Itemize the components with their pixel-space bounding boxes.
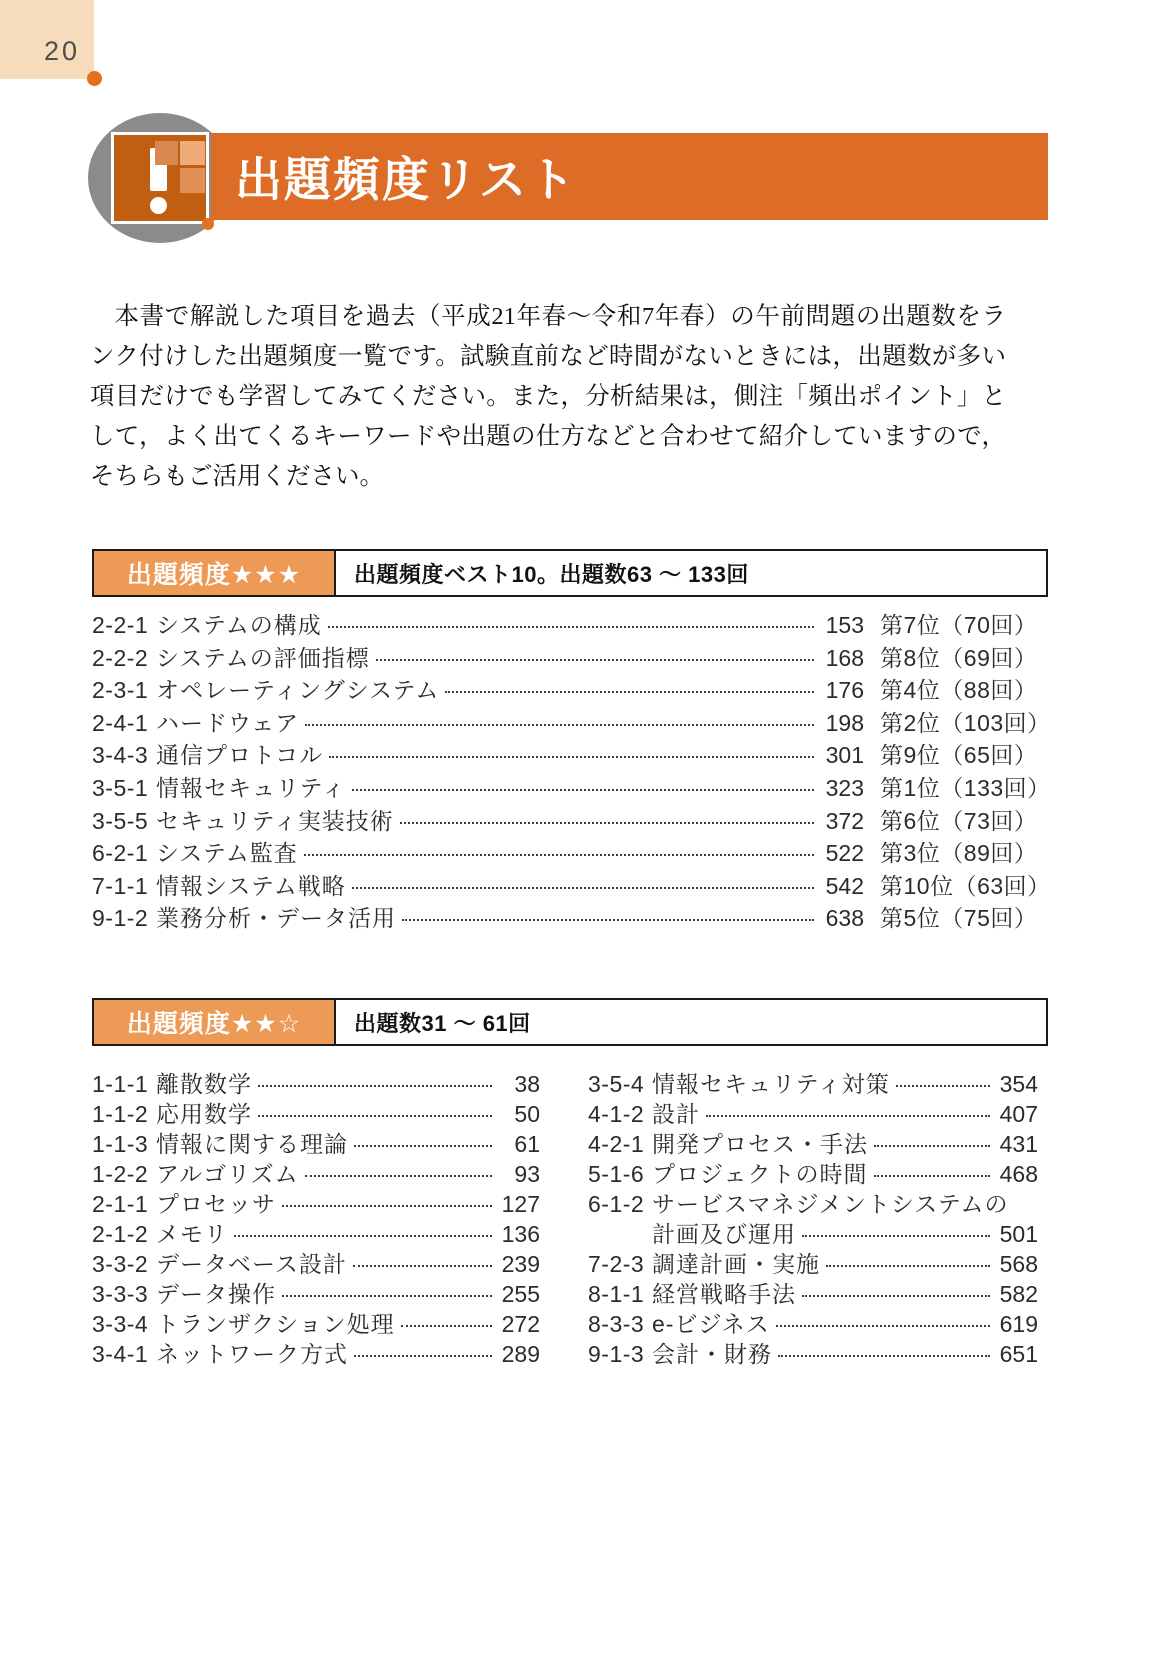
table-row: 計画及び運用501 <box>588 1216 1038 1246</box>
dot-leader <box>826 1265 990 1267</box>
row-id: 3-5-4 <box>588 1071 652 1098</box>
row-title: ネットワーク方式 <box>156 1336 348 1369</box>
dot-leader <box>778 1355 990 1357</box>
row-id: 5-1-6 <box>588 1161 652 1188</box>
dot-leader <box>874 1175 990 1177</box>
row-page: 127 <box>496 1191 540 1218</box>
icon-deco-square <box>155 141 178 165</box>
dot-leader <box>329 756 814 758</box>
row-id: 2-2-2 <box>92 645 156 672</box>
table-row: 2-1-1プロセッサ127 <box>92 1186 540 1216</box>
row-page: 638 <box>818 905 864 932</box>
table-row: 7-1-1情報システム戦略542第10位（63回） <box>92 868 1040 901</box>
dot-leader <box>354 1145 492 1147</box>
row-page: 168 <box>818 645 864 672</box>
row-title: セキュリティ実装技術 <box>156 803 394 836</box>
row-title: 情報セキュリティ対策 <box>652 1066 890 1099</box>
dot-leader <box>234 1235 492 1237</box>
dot-leader <box>354 1355 492 1357</box>
row-rank: 第2位（103回） <box>880 705 1040 738</box>
table-row: 3-3-3データ操作255 <box>92 1276 540 1306</box>
row-title: 業務分析・データ活用 <box>156 900 396 933</box>
table-row: 5-1-6プロジェクトの時間468 <box>588 1156 1038 1186</box>
header-banner: 出題頻度リスト <box>211 133 1048 220</box>
dot-leader <box>258 1085 492 1087</box>
table-row: 7-2-3調達計画・実施568 <box>588 1246 1038 1276</box>
row-title: トランザクション処理 <box>156 1306 395 1339</box>
dot-leader <box>352 887 814 889</box>
table-row: 1-2-2アルゴリズム93 <box>92 1156 540 1186</box>
row-title: メモリ <box>156 1216 228 1249</box>
row-id: 4-2-1 <box>588 1131 652 1158</box>
row-id: 6-2-1 <box>92 840 156 867</box>
page-number: 20 <box>44 36 80 67</box>
dot-leader <box>352 789 814 791</box>
row-page: 651 <box>994 1341 1038 1368</box>
row-page: 468 <box>994 1161 1038 1188</box>
table-row: 8-3-3e-ビジネス619 <box>588 1306 1038 1336</box>
row-page: 61 <box>496 1131 540 1158</box>
row-page: 431 <box>994 1131 1038 1158</box>
row-page: 582 <box>994 1281 1038 1308</box>
page-title: 出題頻度リスト <box>235 143 577 210</box>
row-id: 3-4-3 <box>92 742 156 769</box>
row-rank: 第4位（88回） <box>880 672 1040 705</box>
table-row: 9-1-3会計・財務651 <box>588 1336 1038 1366</box>
dot-leader <box>376 659 814 661</box>
dot-leader <box>776 1325 990 1327</box>
frequency-badge: 出題頻度★★★ <box>94 551 336 595</box>
row-id: 6-1-2 <box>588 1191 652 1218</box>
corner-dot <box>87 71 102 86</box>
row-title: ハードウェア <box>156 705 299 738</box>
table-row: 3-3-2データベース設計239 <box>92 1246 540 1276</box>
dot-leader <box>282 1295 492 1297</box>
table-row: 3-3-4トランザクション処理272 <box>92 1306 540 1336</box>
row-page: 50 <box>496 1101 540 1128</box>
row-page: 372 <box>818 808 864 835</box>
row-page: 522 <box>818 840 864 867</box>
table-row: 9-1-2業務分析・データ活用638第5位（75回） <box>92 900 1040 933</box>
dot-leader <box>258 1115 492 1117</box>
row-rank: 第8位（69回） <box>880 640 1040 673</box>
row-page: 542 <box>818 873 864 900</box>
dot-leader <box>328 626 814 628</box>
table-row: 2-1-2メモリ136 <box>92 1216 540 1246</box>
dot-leader <box>400 822 814 824</box>
section-header-3stars: 出題頻度★★★ 出題頻度ベスト10。出題数63 ～ 133回 <box>92 549 1048 597</box>
row-page: 153 <box>818 612 864 639</box>
row-id: 3-3-2 <box>92 1251 156 1278</box>
row-page: 354 <box>994 1071 1038 1098</box>
frequency-list-2stars-right: 3-5-4情報セキュリティ対策354 4-1-2設計407 4-2-1開発プロセ… <box>588 1066 1038 1366</box>
table-row: 8-1-1経営戦略手法582 <box>588 1276 1038 1306</box>
row-id: 2-1-2 <box>92 1221 156 1248</box>
dot-leader <box>282 1205 492 1207</box>
row-id: 2-2-1 <box>92 612 156 639</box>
row-page: 239 <box>496 1251 540 1278</box>
row-id: 9-1-2 <box>92 905 156 932</box>
section-subtitle: 出題数31 ～ 61回 <box>336 1000 1046 1044</box>
row-page: 255 <box>496 1281 540 1308</box>
table-row: 3-5-1情報セキュリティ323第1位（133回） <box>92 770 1040 803</box>
row-title: 情報システム戦略 <box>156 868 346 901</box>
dot-leader <box>402 919 814 921</box>
row-id: 1-1-3 <box>92 1131 156 1158</box>
row-page: 301 <box>818 742 864 769</box>
table-row: 2-2-2システムの評価指標168第8位（69回） <box>92 640 1040 673</box>
row-id: 1-1-1 <box>92 1071 156 1098</box>
row-title: データ操作 <box>156 1276 276 1309</box>
row-id: 4-1-2 <box>588 1101 652 1128</box>
row-id: 7-1-1 <box>92 873 156 900</box>
icon-deco-square <box>180 141 205 165</box>
table-row: 6-2-1システム監査522第3位（89回） <box>92 835 1040 868</box>
row-title: 開発プロセス・手法 <box>652 1126 868 1159</box>
table-row: 3-5-5セキュリティ実装技術372第6位（73回） <box>92 803 1040 836</box>
dot-leader <box>802 1295 990 1297</box>
table-row: 3-5-4情報セキュリティ対策354 <box>588 1066 1038 1096</box>
row-title: サービスマネジメントシステムの <box>652 1186 1009 1219</box>
section-header-2stars: 出題頻度★★☆ 出題数31 ～ 61回 <box>92 998 1048 1046</box>
row-page: 289 <box>496 1341 540 1368</box>
row-id: 8-3-3 <box>588 1311 652 1338</box>
table-row: 6-1-2サービスマネジメントシステムの <box>588 1186 1038 1216</box>
row-page: 323 <box>818 775 864 802</box>
alert-icon <box>111 132 209 224</box>
row-id: 3-5-5 <box>92 808 156 835</box>
row-id: 2-1-1 <box>92 1191 156 1218</box>
row-page: 38 <box>496 1071 540 1098</box>
dot-leader <box>305 724 814 726</box>
table-row: 3-4-3通信プロトコル301第9位（65回） <box>92 737 1040 770</box>
dot-leader <box>896 1085 990 1087</box>
dot-leader <box>802 1235 990 1237</box>
row-title: 通信プロトコル <box>156 737 323 770</box>
row-title: アルゴリズム <box>156 1156 299 1189</box>
row-page: 272 <box>496 1311 540 1338</box>
frequency-list-3stars: 2-2-1システムの構成153第7位（70回） 2-2-2システムの評価指標16… <box>92 607 1040 933</box>
row-id: 2-4-1 <box>92 710 156 737</box>
row-title: 情報セキュリティ <box>156 770 346 803</box>
icon-deco-square <box>180 168 205 193</box>
dot-leader <box>706 1115 990 1117</box>
row-id: 3-4-1 <box>92 1341 156 1368</box>
table-row: 1-1-3情報に関する理論61 <box>92 1126 540 1156</box>
row-rank: 第10位（63回） <box>880 868 1040 901</box>
row-id: 3-3-4 <box>92 1311 156 1338</box>
row-page: 93 <box>496 1161 540 1188</box>
row-title: データベース設計 <box>156 1246 347 1279</box>
row-page: 619 <box>994 1311 1038 1338</box>
book-page: 20 出題頻度リスト 本書で解説した項目を過去（平成21年春～令和7年春）の午前… <box>0 0 1165 1654</box>
exclamation-dot <box>150 197 167 214</box>
row-id: 7-2-3 <box>588 1251 652 1278</box>
dot-leader <box>304 854 814 856</box>
row-title: 応用数学 <box>156 1096 252 1129</box>
row-title: 設計 <box>652 1096 700 1129</box>
row-page: 407 <box>994 1101 1038 1128</box>
row-id: 1-2-2 <box>92 1161 156 1188</box>
row-title: オペレーティングシステム <box>156 672 439 705</box>
section-subtitle: 出題頻度ベスト10。出題数63 ～ 133回 <box>336 551 1046 595</box>
table-row: 2-4-1ハードウェア198第2位（103回） <box>92 705 1040 738</box>
row-page: 198 <box>818 710 864 737</box>
row-id: 9-1-3 <box>588 1341 652 1368</box>
table-row: 4-2-1開発プロセス・手法431 <box>588 1126 1038 1156</box>
row-title: 会計・財務 <box>652 1336 772 1369</box>
row-id: 3-3-3 <box>92 1281 156 1308</box>
row-title: システムの評価指標 <box>156 640 370 673</box>
row-title: 調達計画・実施 <box>652 1246 820 1279</box>
dot-leader <box>353 1265 492 1267</box>
table-row: 4-1-2設計407 <box>588 1096 1038 1126</box>
row-title: プロジェクトの時間 <box>652 1156 868 1189</box>
row-title: 計画及び運用 <box>652 1216 796 1249</box>
frequency-badge: 出題頻度★★☆ <box>94 1000 336 1044</box>
row-rank: 第5位（75回） <box>880 900 1040 933</box>
row-title: 離散数学 <box>156 1066 252 1099</box>
row-rank: 第9位（65回） <box>880 737 1040 770</box>
intro-paragraph: 本書で解説した項目を過去（平成21年春～令和7年春）の午前問題の出題数をランク付… <box>90 297 1006 497</box>
row-page: 136 <box>496 1221 540 1248</box>
row-rank: 第7位（70回） <box>880 607 1040 640</box>
table-row: 2-3-1オペレーティングシステム176第4位（88回） <box>92 672 1040 705</box>
dot-leader <box>445 691 814 693</box>
dot-leader <box>305 1175 492 1177</box>
row-rank: 第6位（73回） <box>880 803 1040 836</box>
row-rank: 第1位（133回） <box>880 770 1040 803</box>
row-id: 1-1-2 <box>92 1101 156 1128</box>
banner-dot <box>202 218 214 230</box>
row-page: 176 <box>818 677 864 704</box>
row-id: 8-1-1 <box>588 1281 652 1308</box>
row-id: 2-3-1 <box>92 677 156 704</box>
row-title: プロセッサ <box>156 1186 276 1219</box>
row-title: 情報に関する理論 <box>156 1126 348 1159</box>
row-title: システム監査 <box>156 835 298 868</box>
table-row: 2-2-1システムの構成153第7位（70回） <box>92 607 1040 640</box>
table-row: 3-4-1ネットワーク方式289 <box>92 1336 540 1366</box>
row-title: システムの構成 <box>156 607 322 640</box>
row-rank: 第3位（89回） <box>880 835 1040 868</box>
table-row: 1-1-1離散数学38 <box>92 1066 540 1096</box>
table-row: 1-1-2応用数学50 <box>92 1096 540 1126</box>
dot-leader <box>874 1145 990 1147</box>
row-page: 568 <box>994 1251 1038 1278</box>
row-page: 501 <box>994 1221 1038 1248</box>
row-title: e-ビジネス <box>652 1306 770 1339</box>
frequency-list-2stars-left: 1-1-1離散数学38 1-1-2応用数学50 1-1-3情報に関する理論61 … <box>92 1066 540 1366</box>
dot-leader <box>401 1325 492 1327</box>
row-title: 経営戦略手法 <box>652 1276 796 1309</box>
row-id: 3-5-1 <box>92 775 156 802</box>
